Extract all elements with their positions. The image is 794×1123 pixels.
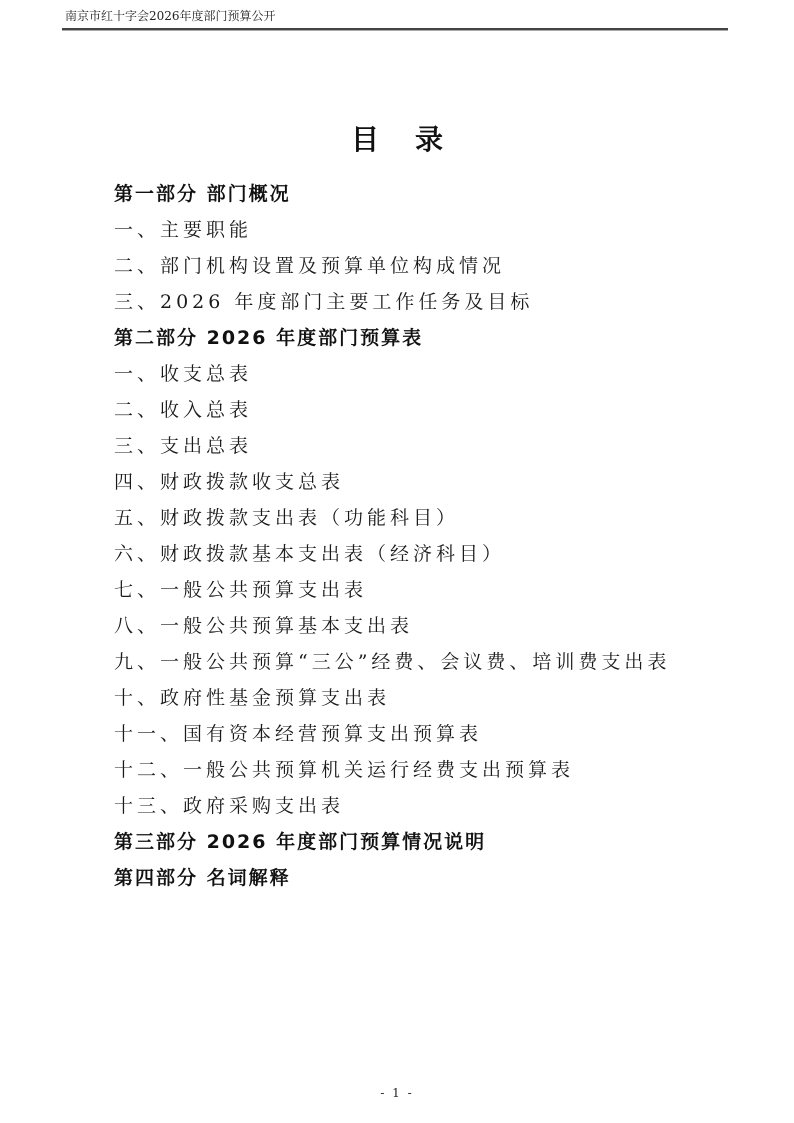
toc-item[interactable]: 八、一般公共预算基本支出表 xyxy=(114,608,670,644)
toc-part-3[interactable]: 第三部分 2026 年度部门预算情况说明 xyxy=(114,824,670,860)
toc-item[interactable]: 十二、一般公共预算机关运行经费支出预算表 xyxy=(114,752,670,788)
table-of-contents: 第一部分 部门概况 一、主要职能 二、部门机构设置及预算单位构成情况 三、202… xyxy=(114,176,670,896)
header-divider xyxy=(62,28,728,31)
toc-item[interactable]: 三、2026 年度部门主要工作任务及目标 xyxy=(114,284,670,320)
toc-item[interactable]: 十一、国有资本经营预算支出预算表 xyxy=(114,716,670,752)
toc-part-4[interactable]: 第四部分 名词解释 xyxy=(114,860,670,896)
toc-item[interactable]: 四、财政拨款收支总表 xyxy=(114,464,670,500)
toc-part-1[interactable]: 第一部分 部门概况 xyxy=(114,176,670,212)
toc-item[interactable]: 十三、政府采购支出表 xyxy=(114,788,670,824)
toc-item[interactable]: 三、支出总表 xyxy=(114,428,670,464)
page-number: - 1 - xyxy=(0,1086,794,1100)
toc-item[interactable]: 七、一般公共预算支出表 xyxy=(114,572,670,608)
toc-item[interactable]: 六、财政拨款基本支出表（经济科目） xyxy=(114,536,670,572)
toc-item[interactable]: 九、一般公共预算“三公”经费、会议费、培训费支出表 xyxy=(114,644,670,680)
toc-item[interactable]: 十、政府性基金预算支出表 xyxy=(114,680,670,716)
toc-item[interactable]: 五、财政拨款支出表（功能科目） xyxy=(114,500,670,536)
toc-item[interactable]: 一、收支总表 xyxy=(114,356,670,392)
toc-item[interactable]: 二、收入总表 xyxy=(114,392,670,428)
toc-item[interactable]: 二、部门机构设置及预算单位构成情况 xyxy=(114,248,670,284)
page-title: 目录 xyxy=(0,118,794,158)
toc-item[interactable]: 一、主要职能 xyxy=(114,212,670,248)
running-header: 南京市红十字会2026年度部门预算公开 xyxy=(65,7,276,24)
toc-part-2[interactable]: 第二部分 2026 年度部门预算表 xyxy=(114,320,670,356)
